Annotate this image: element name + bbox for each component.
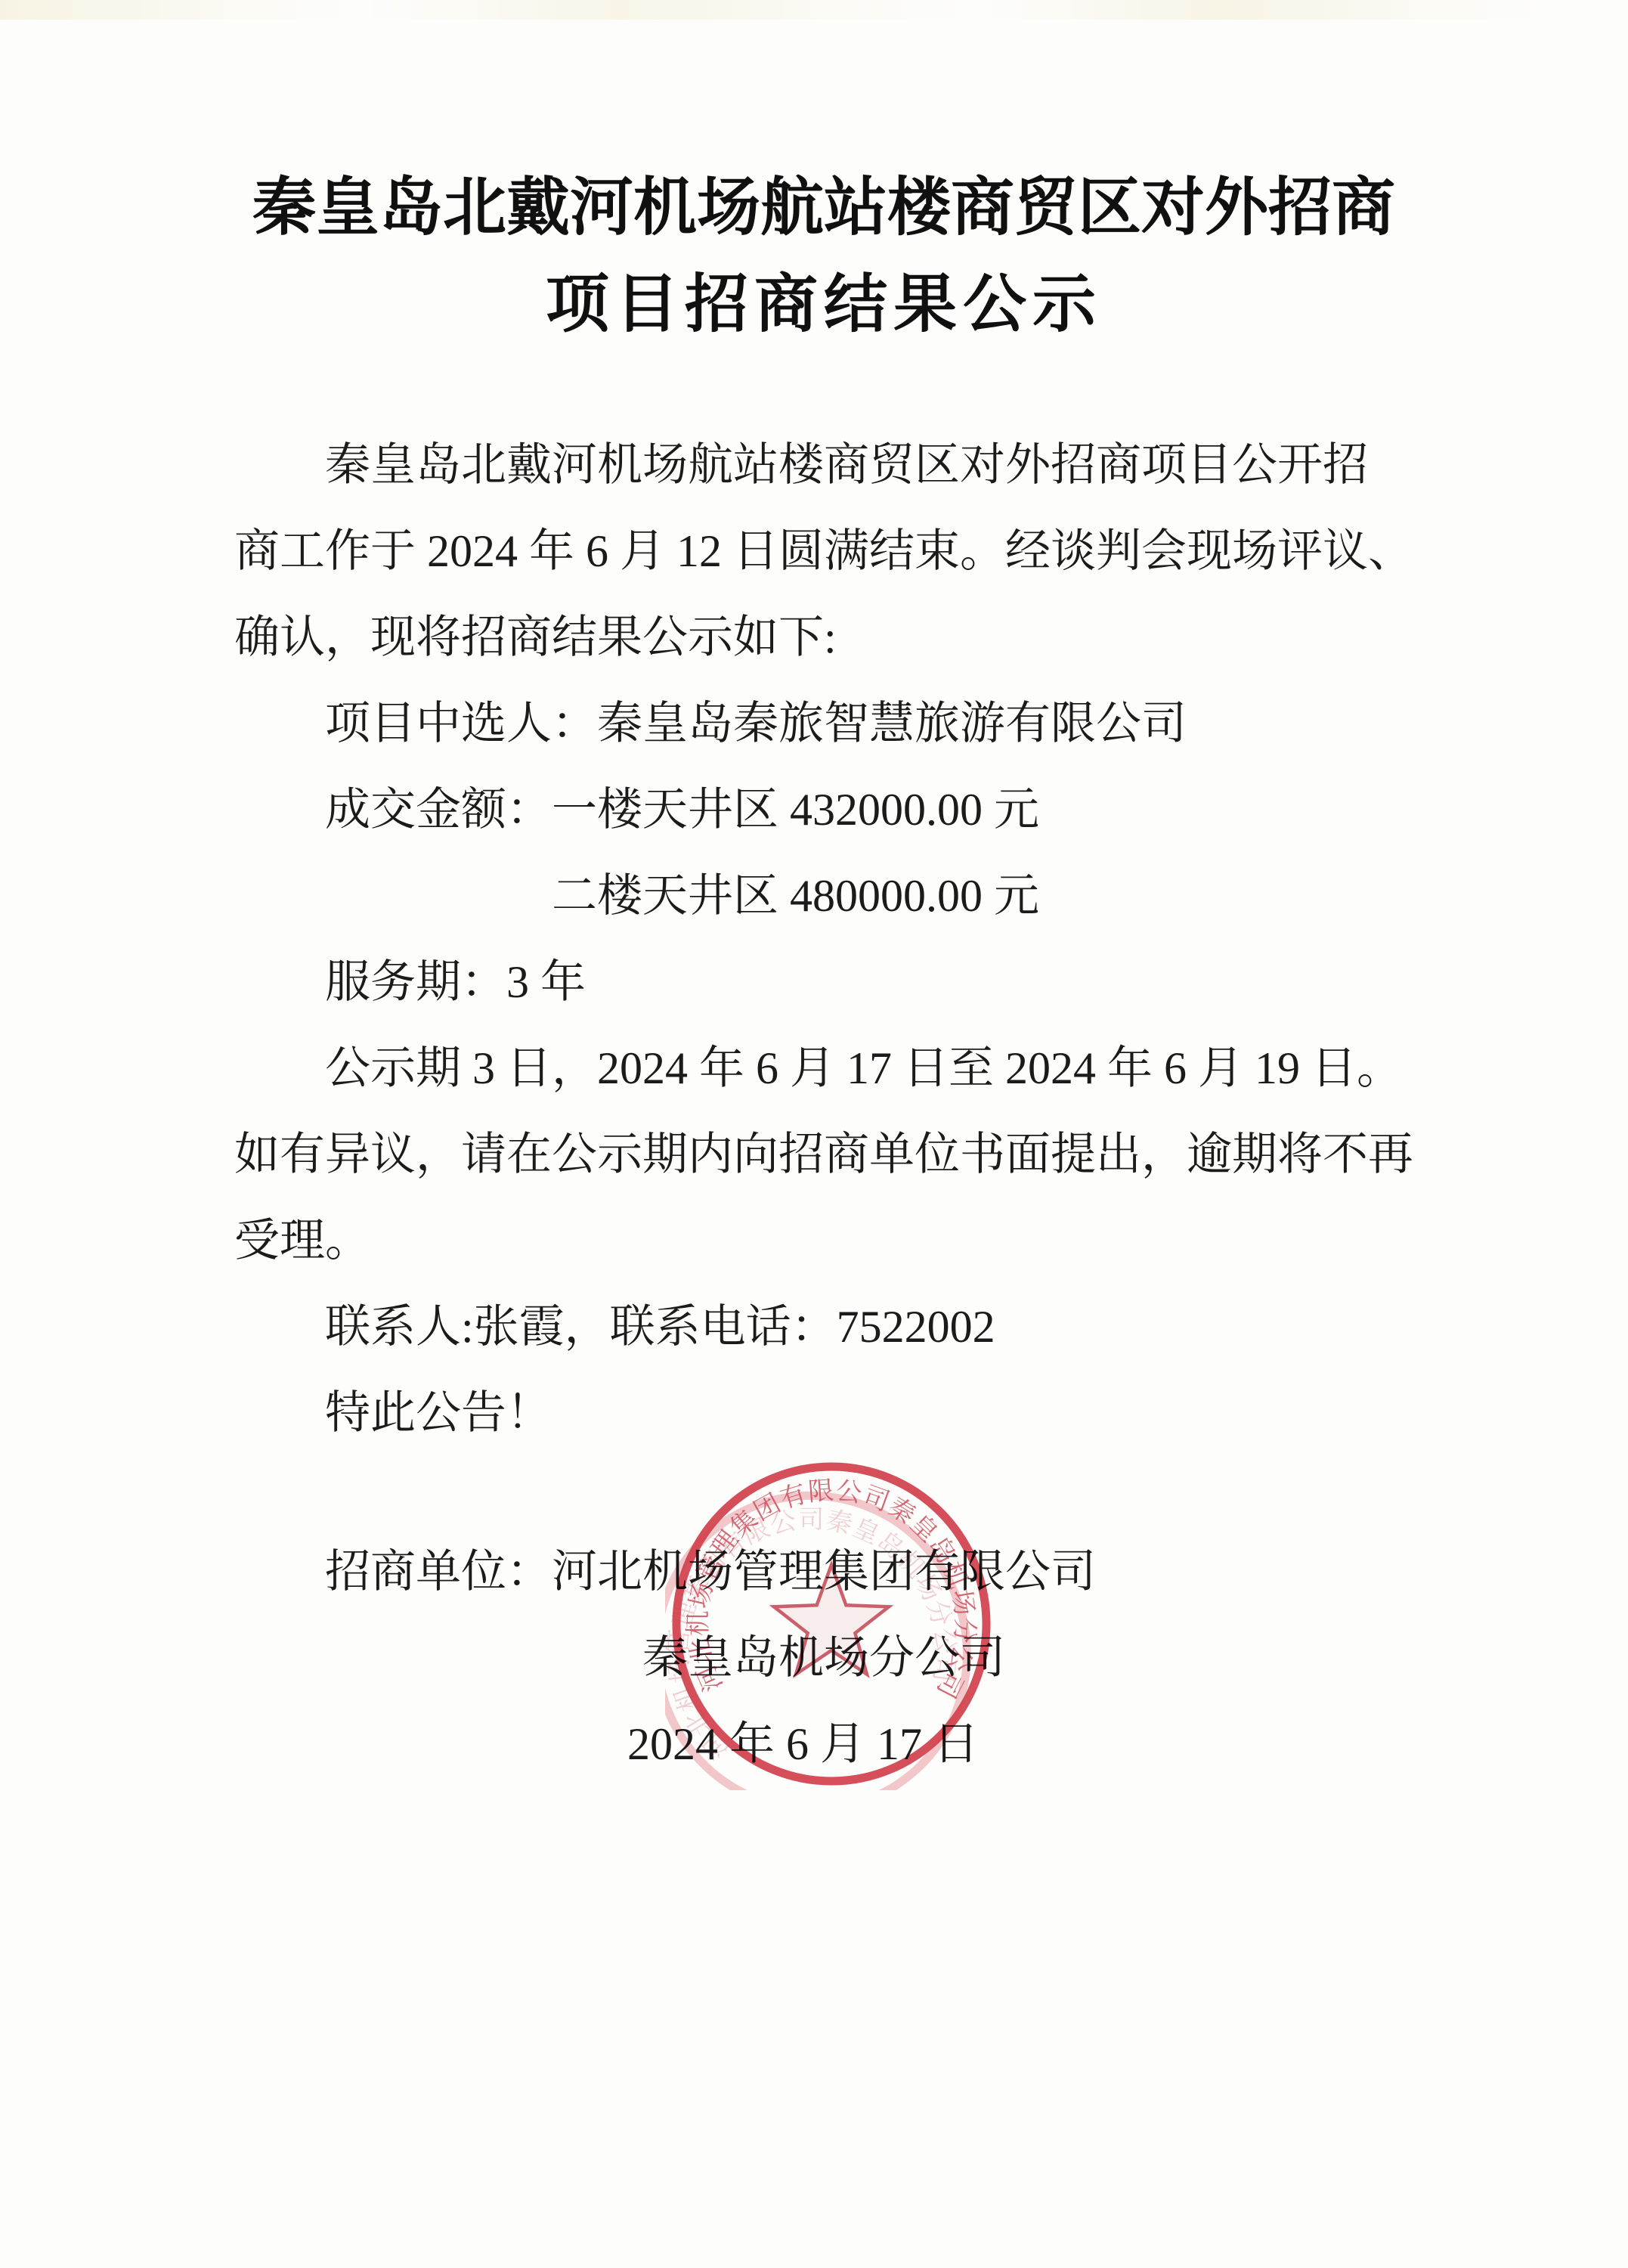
issuing-unit-line: 招商单位：河北机场管理集团有限公司 [234,1529,1413,1615]
publicity-line-2: 如有异议，请在公示期内向招商单位书面提出，逾期将不再 [234,1111,1413,1198]
contact-line: 联系人:张霞，联系电话：7522002 [234,1284,1413,1370]
branch-line: 秦皇岛机场分公司 [234,1615,1413,1701]
announcement-line: 特此公告！ [234,1370,1413,1456]
title-line-1: 秦皇岛北戴河机场航站楼商贸区对外招商 [234,160,1413,257]
announcement-page: 秦皇岛北戴河机场航站楼商贸区对外招商 项目招商结果公示 秦皇岛北戴河机场航站楼商… [0,0,1628,2268]
document-title: 秦皇岛北戴河机场航站楼商贸区对外招商 项目招商结果公示 [234,160,1413,354]
intro-line-2: 商工作于 2024 年 6 月 12 日圆满结束。经谈判会现场评议、 [234,508,1413,594]
publicity-line-1: 公示期 3 日，2024 年 6 月 17 日至 2024 年 6 月 19 日… [234,1025,1413,1111]
title-body-spacer [234,354,1413,422]
winner-line: 项目中选人：秦皇岛秦旅智慧旅游有限公司 [234,680,1413,767]
document-body: 秦皇岛北戴河机场航站楼商贸区对外招商 项目招商结果公示 秦皇岛北戴河机场航站楼商… [234,0,1413,1787]
publicity-line-3: 受理。 [234,1198,1413,1284]
amount-line-2: 二楼天井区 480000.00 元 [234,853,1413,939]
intro-line-3: 确认，现将招商结果公示如下: [234,594,1413,680]
closing-spacer [234,1456,1413,1529]
date-line: 2024 年 6 月 17 日 [234,1701,1413,1787]
amount-line-1: 成交金额：一楼天井区 432000.00 元 [234,767,1413,853]
intro-line-1: 秦皇岛北戴河机场航站楼商贸区对外招商项目公开招 [234,422,1413,508]
service-term-line: 服务期：3 年 [234,939,1413,1025]
title-line-2: 项目招商结果公示 [234,257,1413,354]
